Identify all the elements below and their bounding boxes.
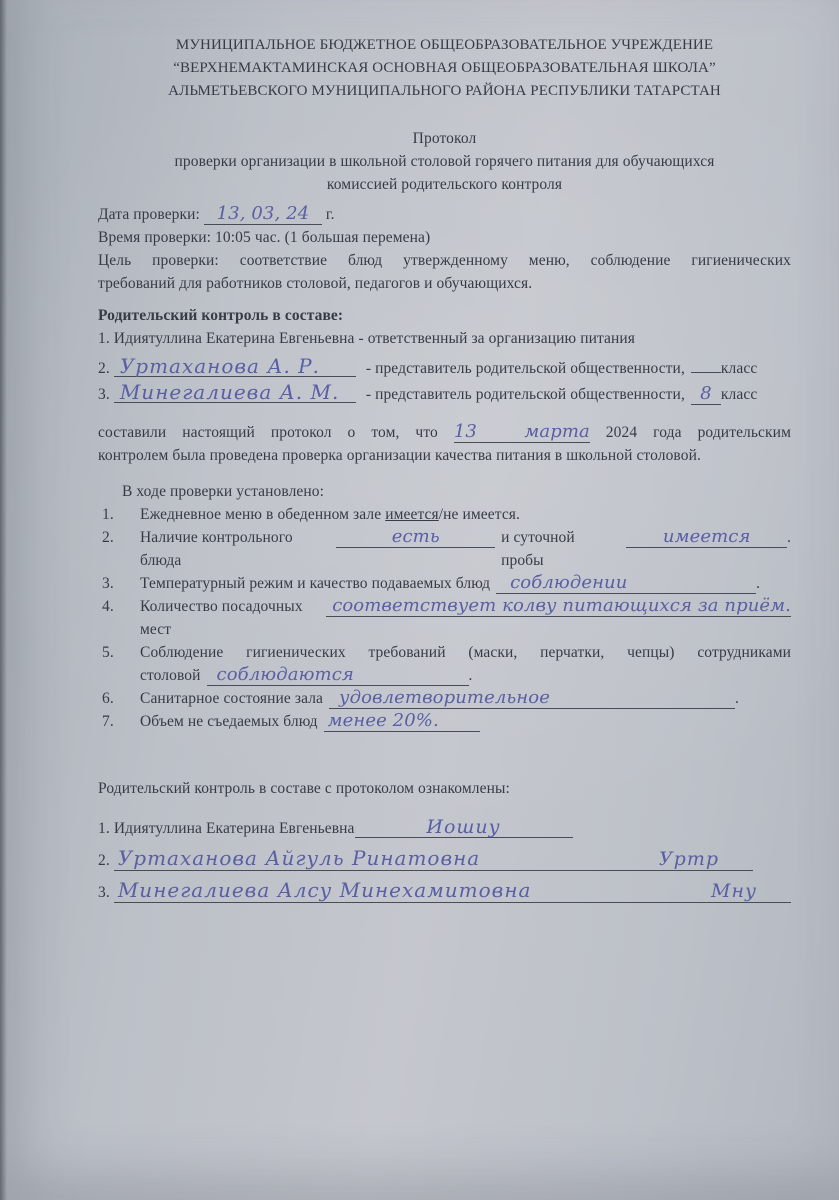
check-date-blank: 13, 03, 24 (204, 204, 322, 225)
finding-item-2: 2. Наличие контрольного блюда есть и сут… (98, 526, 791, 572)
statement-before-date: составили настоящий протокол о том, что (98, 424, 438, 441)
item6-text: Санитарное состояние зала удовлетворител… (140, 687, 791, 710)
item7-t1: Объем не съедаемых блюд (140, 710, 318, 733)
finding-item-1: 1. Ежедневное меню в обеденном зале имее… (98, 503, 791, 526)
member2-number: 2. (98, 357, 110, 380)
acknowledgment-section: Родительский контроль в составе с проток… (98, 777, 791, 906)
ack3-name-handwritten: Минегалиева Алсу Минехамитовна (118, 878, 532, 902)
committee-member1: 1. Идиятуллина Екатерина Евгеньевна - от… (98, 327, 791, 350)
item4-handwritten: соответствует колву питающихся за приём. (332, 595, 791, 616)
item2-handwritten2: имеется (663, 526, 751, 547)
member3-name-blank: Минегалиева А. М. (114, 382, 356, 403)
item1-underlined-choice: имеется (385, 506, 439, 523)
item2-handwritten1: есть (392, 526, 440, 547)
ack2-signature: Уртр (659, 847, 719, 871)
item2-t1: Наличие контрольного блюда (140, 526, 336, 572)
finding-item-3: 3. Температурный режим и качество подава… (98, 572, 791, 595)
item2-t3: . (787, 526, 791, 549)
title-line3: комиссией родительского контроля (98, 173, 791, 196)
member2-class-blank (691, 352, 721, 373)
finding-item-7: 7. Объем не съедаемых блюд менее 20%. (98, 710, 791, 733)
member3-class-label: класс (721, 383, 757, 406)
ack3-number: 3. (98, 880, 110, 906)
statement-after-date: 2024 года родительским (606, 424, 791, 441)
item3-handwritten: соблюдении (510, 572, 627, 593)
item1-t1: Ежедневное меню в обеденном зале (140, 506, 385, 523)
acknowledgment-line1: 1. Идиятуллина Екатерина Евгеньевна Иоши… (98, 816, 791, 842)
member2-class-label: класс (721, 357, 757, 380)
check-date-suffix: г. (326, 206, 335, 223)
ack1-number: 1. (98, 816, 110, 842)
check-date-line: Дата проверки: 13, 03, 24 г. (98, 203, 791, 226)
item5-text: Соблюдение гигиенических требований (мас… (140, 641, 791, 687)
item3-t1: Температурный режим и качество подаваемы… (140, 572, 490, 595)
protocol-statement-line1: составили настоящий протокол о том, что … (98, 421, 791, 444)
statement-date-handwritten: 13 марта (454, 421, 590, 442)
check-purpose-line2: требований для работников столовой, педа… (98, 272, 791, 295)
item5-line2: столовой соблюдаются . (140, 664, 791, 687)
findings-heading: В ходе проверки установлено: (122, 480, 791, 503)
item7-text: Объем не съедаемых блюд менее 20%. (140, 710, 791, 733)
check-date-label: Дата проверки: (98, 206, 200, 223)
item5-t3: . (469, 664, 473, 687)
ack1-signature: Иошиу (426, 816, 500, 838)
title-line1: Протокол (98, 127, 791, 150)
committee-member2: 2. Уртаханова А. Р. - представитель роди… (98, 352, 791, 380)
protocol-document: МУНИЦИПАЛЬНОЕ БЮДЖЕТНОЕ ОБЩЕОБРАЗОВАТЕЛЬ… (0, 0, 839, 906)
ack2-blank: Уртаханова Айгуль Ринатовна Уртр (114, 846, 753, 871)
member3-role: - представитель родительской общественно… (366, 383, 685, 406)
item3-number: 3. (102, 572, 140, 595)
member2-name-blank: Уртаханова А. Р. (114, 356, 356, 377)
item5-number: 5. (102, 641, 140, 664)
item5-line1: Соблюдение гигиенических требований (мас… (140, 641, 791, 664)
item2-text: Наличие контрольного блюда есть и суточн… (140, 526, 791, 572)
ack1-name: Идиятуллина Екатерина Евгеньевна (114, 816, 355, 842)
item2-t2: и суточной пробы (501, 526, 620, 572)
item7-number: 7. (102, 710, 140, 733)
organization-name-line2: “ВЕРХНЕМАКТАМИНСКАЯ ОСНОВНАЯ ОБЩЕОБРАЗОВ… (98, 57, 791, 80)
item3-blank: соблюдении (496, 573, 756, 594)
item3-t2: . (756, 572, 760, 595)
item4-t1: Количество посадочных мест (140, 595, 320, 641)
acknowledgment-line2: 2. Уртаханова Айгуль Ринатовна Уртр (98, 846, 791, 874)
check-purpose-line1: Цель проверки: соответствие блюд утвержд… (98, 249, 791, 272)
item6-number: 6. (102, 687, 140, 710)
ack3-signature: Мну (711, 879, 757, 903)
title-line2: проверки организации в школьной столовой… (98, 150, 791, 173)
item4-number: 4. (102, 595, 140, 618)
item7-handwritten: менее 20%. (328, 710, 439, 731)
member3-class-blank: 8 (691, 384, 721, 405)
check-info-section: Дата проверки: 13, 03, 24 г. Время прове… (98, 203, 791, 295)
item5-t2: столовой (140, 664, 201, 687)
acknowledgment-heading: Родительский контроль в составе с проток… (98, 777, 791, 800)
organization-header: МУНИЦИПАЛЬНОЕ БЮДЖЕТНОЕ ОБЩЕОБРАЗОВАТЕЛЬ… (98, 34, 791, 103)
item5-handwritten: соблюдаются (217, 664, 354, 685)
ack2-number: 2. (98, 848, 110, 874)
protocol-statement-line2: контролем была проведена проверка органи… (98, 444, 791, 467)
item4-blank: соответствует колву питающихся за приём. (326, 596, 791, 617)
protocol-statement: составили настоящий протокол о том, что … (98, 421, 791, 467)
item2-blank2: имеется (626, 527, 787, 548)
organization-name-line1: МУНИЦИПАЛЬНОЕ БЮДЖЕТНОЕ ОБЩЕОБРАЗОВАТЕЛЬ… (98, 34, 791, 57)
member2-role: - представитель родительской общественно… (366, 357, 685, 380)
acknowledgment-line3: 3. Минегалиева Алсу Минехамитовна Мну (98, 878, 791, 906)
member2-name-handwritten: Уртаханова А. Р. (120, 354, 320, 378)
item7-blank: менее 20%. (324, 711, 480, 732)
ack2-name-handwritten: Уртаханова Айгуль Ринатовна (118, 846, 480, 870)
item6-blank: удовлетворительное (329, 688, 735, 709)
item4-text: Количество посадочных мест соответствует… (140, 595, 791, 641)
check-time-line: Время проверки: 10:05 час. (1 большая пе… (98, 226, 791, 249)
finding-item-4: 4. Количество посадочных мест соответств… (98, 595, 791, 641)
item6-t1: Санитарное состояние зала (140, 687, 323, 710)
committee-heading: Родительский контроль в составе: (98, 304, 791, 327)
committee-member3: 3. Минегалиева А. М. - представитель род… (98, 382, 791, 406)
member3-class-handwritten: 8 (700, 383, 712, 404)
organization-name-line3: АЛЬМЕТЬЕВСКОГО МУНИЦИПАЛЬНОГО РАЙОНА РЕС… (98, 80, 791, 103)
statement-date-blank: 13 марта (454, 422, 590, 443)
item2-blank1: есть (336, 527, 495, 548)
item5-blank: соблюдаются (207, 665, 469, 686)
finding-item-6: 6. Санитарное состояние зала удовлетвори… (98, 687, 791, 710)
findings-section: В ходе проверки установлено: 1. Ежедневн… (98, 480, 791, 733)
check-date-handwritten: 13, 03, 24 (217, 203, 310, 224)
finding-item-5: 5. Соблюдение гигиенических требований (… (98, 641, 791, 687)
member3-name-handwritten: Минегалиева А. М. (120, 380, 339, 404)
item1-t2: /не имеется. (439, 506, 520, 523)
item3-text: Температурный режим и качество подаваемы… (140, 572, 791, 595)
ack1-signature-blank: Иошиу (355, 817, 573, 838)
item6-t2: . (735, 687, 739, 710)
item1-number: 1. (102, 503, 140, 526)
ack3-blank: Минегалиева Алсу Минехамитовна Мну (114, 878, 791, 903)
item6-handwritten: удовлетворительное (339, 687, 550, 708)
item2-number: 2. (102, 526, 140, 549)
document-title: Протокол проверки организации в школьной… (98, 127, 791, 196)
committee-section: Родительский контроль в составе: 1. Идия… (98, 304, 791, 406)
member3-number: 3. (98, 383, 110, 406)
scanned-document-photo: МУНИЦИПАЛЬНОЕ БЮДЖЕТНОЕ ОБЩЕОБРАЗОВАТЕЛЬ… (0, 0, 839, 1200)
item1-text: Ежедневное меню в обеденном зале имеется… (140, 503, 791, 526)
